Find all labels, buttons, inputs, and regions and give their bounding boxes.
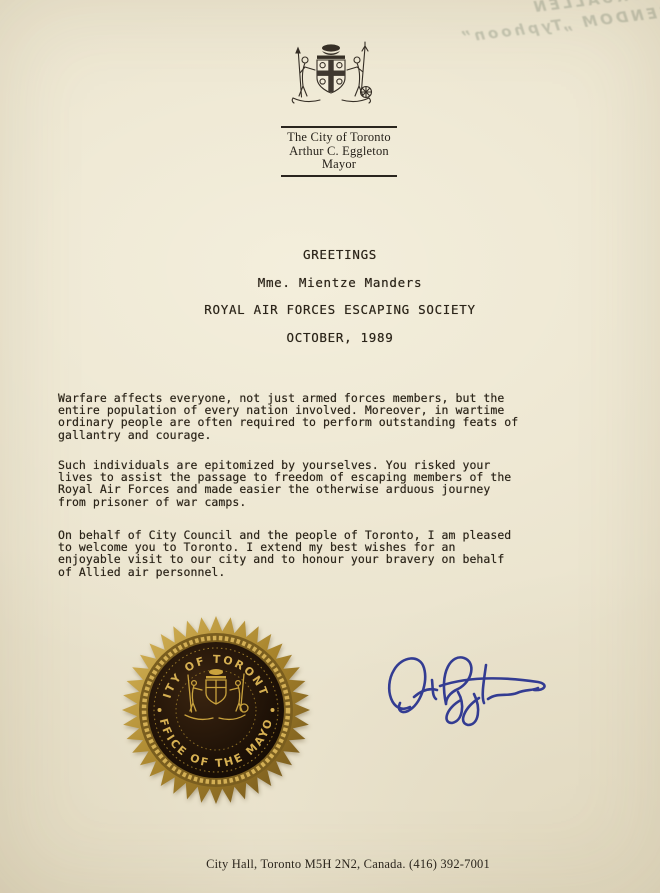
scanned-letter-page: EEN BRUALLEN EIGENDOM „Typhoon” — [0, 0, 660, 893]
city-coat-of-arms-icon — [286, 40, 376, 125]
greeting-block: GREETINGS Mme. Mientze Manders ROYAL AIR… — [20, 241, 660, 351]
mayor-gold-seal: CITY OF TORONTO OFFICE OF THE MAYOR — [121, 615, 311, 805]
letterhead-rule-bottom — [281, 175, 397, 177]
salutation: GREETINGS — [20, 241, 660, 269]
recipient-name: Mme. Mientze Manders — [20, 269, 660, 297]
letter-date: OCTOBER, 1989 — [20, 324, 660, 352]
letterhead-rule-top — [281, 126, 397, 128]
letterhead-mayor-title: Mayor — [281, 158, 397, 172]
body-paragraph-1: Warfare affects everyone, not just armed… — [58, 392, 548, 441]
body-paragraph-2: Such individuals are epitomized by yours… — [58, 459, 548, 508]
letterhead: The City of Toronto Arthur C. Eggleton M… — [281, 126, 397, 177]
footer-address: City Hall, Toronto M5H 2N2, Canada. (416… — [38, 857, 658, 872]
mayor-signature — [380, 652, 565, 732]
recipient-organization: ROYAL AIR FORCES ESCAPING SOCIETY — [20, 296, 660, 324]
letterhead-mayor-name: Arthur C. Eggleton — [281, 145, 397, 159]
body-paragraph-3: On behalf of City Council and the people… — [58, 529, 548, 578]
pencil-bleedthrough: EEN BRUALLEN EIGENDOM „Typhoon” — [393, 0, 660, 56]
letterhead-organization: The City of Toronto — [281, 131, 397, 145]
